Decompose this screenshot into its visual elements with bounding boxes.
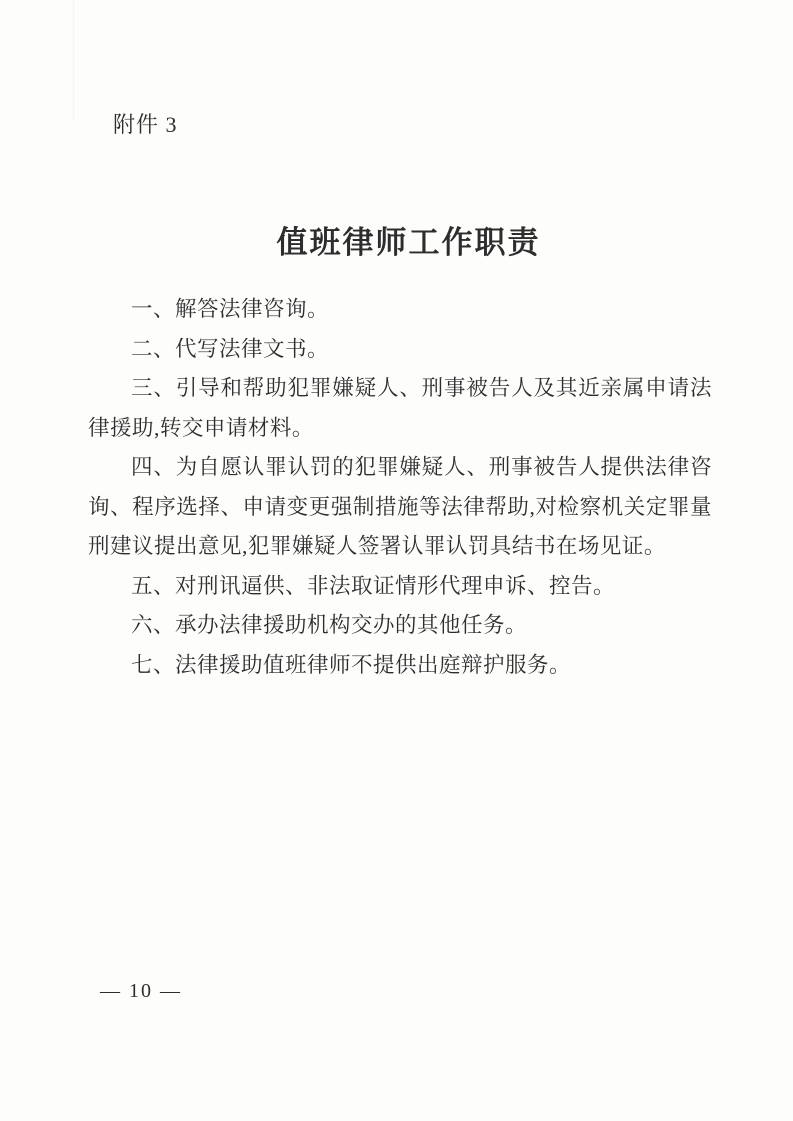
page-number: — 10 — — [100, 980, 182, 1003]
list-item-4: 四、为自愿认罪认罚的犯罪嫌疑人、刑事被告人提供法律咨询、程序选择、申请变更强制措… — [88, 448, 712, 567]
scan-artifact-line — [73, 0, 74, 120]
document-title: 值班律师工作职责 — [12, 217, 793, 262]
scanned-document-page: 附件 3 值班律师工作职责 一、解答法律咨询。 二、代写法律文书。 三、引导和帮… — [0, 0, 793, 1121]
attachment-label: 附件 3 — [113, 108, 178, 139]
list-item-6: 六、承办法律援助机构交办的其他任务。 — [88, 606, 712, 646]
list-item-2: 二、代写法律文书。 — [88, 330, 712, 370]
list-item-5: 五、对刑讯逼供、非法取证情形代理申诉、控告。 — [88, 567, 712, 607]
document-body: 一、解答法律咨询。 二、代写法律文书。 三、引导和帮助犯罪嫌疑人、刑事被告人及其… — [88, 290, 712, 685]
list-item-3: 三、引导和帮助犯罪嫌疑人、刑事被告人及其近亲属申请法律援助,转交申请材料。 — [88, 369, 712, 448]
list-item-1: 一、解答法律咨询。 — [88, 290, 712, 330]
list-item-7: 七、法律援助值班律师不提供出庭辩护服务。 — [88, 646, 712, 686]
